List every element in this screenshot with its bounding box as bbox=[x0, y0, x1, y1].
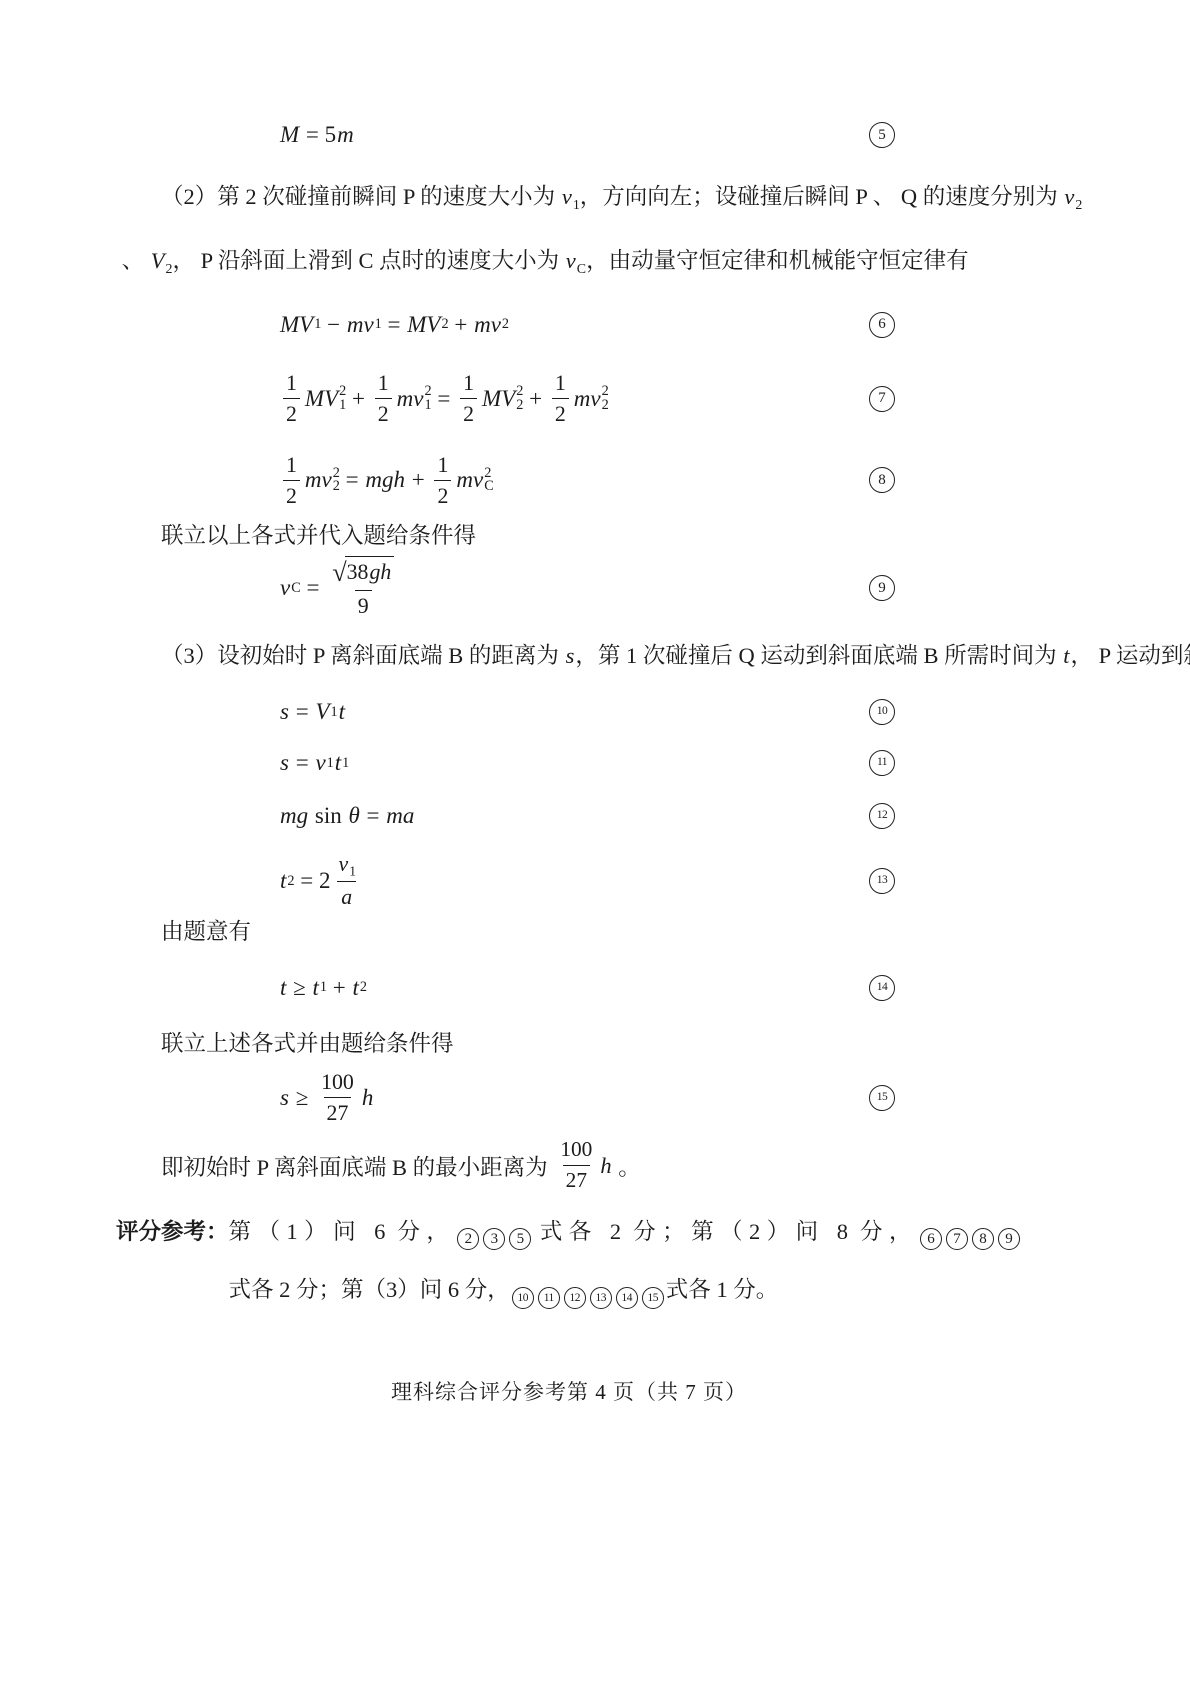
equation-10: s = V1t10 bbox=[116, 692, 1022, 732]
lead-combine-above: 联立以上各式并代入题给条件得 bbox=[116, 516, 1022, 556]
circled-number: 11 bbox=[538, 1287, 560, 1309]
equation-5: M = 5m5 bbox=[116, 115, 1022, 155]
equation-9: vC = √38gh99 bbox=[116, 556, 1022, 620]
scoring-note: 评分参考：第（1）问 6 分，235式各 2 分；第（2）问 8 分，6789式… bbox=[116, 1203, 1022, 1319]
equation-body: s = v1t1 bbox=[279, 750, 349, 776]
equation-body: mg sin θ = ma bbox=[279, 803, 415, 829]
circled-number: 10 bbox=[512, 1287, 534, 1309]
circled-number: 5 bbox=[509, 1228, 531, 1250]
equation-11: s = v1t111 bbox=[116, 743, 1022, 783]
answer-sheet-page: M = 5m5（2）第 2 次碰撞前瞬间 P 的速度大小为 v1，方向向左；设碰… bbox=[0, 0, 1190, 1683]
equation-body: MV1 − mv1 = MV2 + mv2 bbox=[279, 312, 509, 338]
page-footer: 理科综合评分参考第 4 页（共 7 页） bbox=[116, 1376, 1022, 1406]
equation-8: 12mv22 = mgh + 12mv2C8 bbox=[116, 451, 1022, 511]
paragraph-part-2: （2）第 2 次碰撞前瞬间 P 的速度大小为 v1，方向向左；设碰撞后瞬间 P … bbox=[116, 169, 1022, 297]
scoring-text: 第（1）问 6 分，235式各 2 分；第（2）问 8 分，6789式各 2 分… bbox=[229, 1203, 1022, 1319]
circled-number: 13 bbox=[590, 1287, 612, 1309]
fraction: 12 bbox=[460, 369, 477, 429]
equation-number: 7 bbox=[869, 386, 895, 412]
equation-number: 13 bbox=[869, 868, 895, 894]
equation-number: 12 bbox=[869, 803, 895, 829]
circled-number: 8 bbox=[972, 1228, 994, 1250]
equation-body: s = V1t bbox=[279, 699, 346, 725]
paragraph-part-3: （3）设初始时 P 离斜面底端 B 的距离为 s，第 1 次碰撞后 Q 运动到斜… bbox=[116, 628, 1022, 692]
equation-14: t ≥ t1 + t214 bbox=[116, 968, 1022, 1008]
document-body: M = 5m5（2）第 2 次碰撞前瞬间 P 的速度大小为 v1，方向向左；设碰… bbox=[116, 115, 1022, 1319]
circled-number: 7 bbox=[946, 1228, 968, 1250]
fraction: 12 bbox=[434, 451, 451, 511]
equation-number: 9 bbox=[869, 575, 895, 601]
equation-13: t2 = 2v1a13 bbox=[116, 850, 1022, 912]
circled-number: 9 bbox=[998, 1228, 1020, 1250]
equation-body: t2 = 2v1a bbox=[279, 850, 363, 912]
fraction: v1a bbox=[335, 850, 359, 912]
circled-number: 3 bbox=[483, 1228, 505, 1250]
equation-number: 15 bbox=[869, 1085, 895, 1111]
scoring-label: 评分参考： bbox=[116, 1203, 229, 1319]
lead-combine-above-2: 联立上述各式并由题给条件得 bbox=[116, 1024, 1022, 1064]
equation-15: s ≥ 10027h15 bbox=[116, 1068, 1022, 1128]
circled-number: 14 bbox=[616, 1287, 638, 1309]
fraction: √38gh9 bbox=[329, 556, 397, 620]
equation-number: 8 bbox=[869, 467, 895, 493]
fraction: 12 bbox=[552, 369, 569, 429]
fraction: 10027 bbox=[557, 1136, 595, 1195]
equation-number: 10 bbox=[869, 699, 895, 725]
equation-6: MV1 − mv1 = MV2 + mv26 bbox=[116, 305, 1022, 345]
equation-12: mg sin θ = ma12 bbox=[116, 796, 1022, 836]
equation-body: vC = √38gh9 bbox=[279, 556, 401, 620]
circled-number: 2 bbox=[457, 1228, 479, 1250]
equation-body: t ≥ t1 + t2 bbox=[279, 975, 367, 1001]
circled-number: 15 bbox=[642, 1287, 664, 1309]
conclusion-line: 即初始时 P 离斜面底端 B 的最小距离为 10027h 。 bbox=[116, 1133, 1022, 1199]
equation-number: 11 bbox=[869, 750, 895, 776]
fraction: 12 bbox=[283, 451, 300, 511]
equation-number: 5 bbox=[869, 122, 895, 148]
equation-body: s ≥ 10027h bbox=[279, 1068, 374, 1128]
equation-body: M = 5m bbox=[279, 122, 355, 148]
equation-number: 14 bbox=[869, 975, 895, 1001]
lead-by-problem: 由题意有 bbox=[116, 912, 1022, 952]
equation-7: 12MV21 + 12mv21 = 12MV22 + 12mv227 bbox=[116, 369, 1022, 429]
equation-body: 12mv22 = mgh + 12mv2C bbox=[279, 451, 494, 511]
equation-number: 6 bbox=[869, 312, 895, 338]
square-root: √38gh bbox=[332, 556, 394, 586]
fraction: 12 bbox=[283, 369, 300, 429]
circled-number: 6 bbox=[920, 1228, 942, 1250]
equation-body: 12MV21 + 12mv21 = 12MV22 + 12mv22 bbox=[279, 369, 609, 429]
fraction: 10027 bbox=[318, 1068, 357, 1128]
fraction: 12 bbox=[375, 369, 392, 429]
circled-number: 12 bbox=[564, 1287, 586, 1309]
